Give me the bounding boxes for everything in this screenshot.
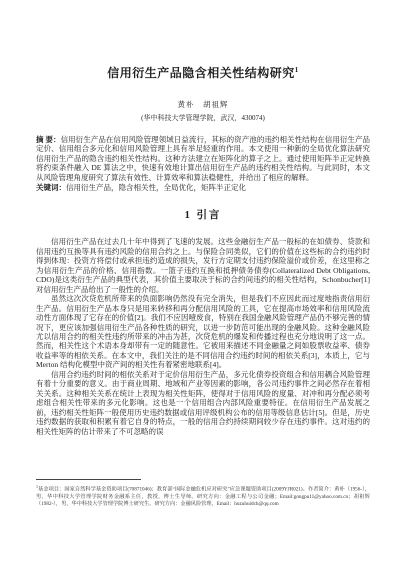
footnote-block: 1基金项目：国家自然科学基金资助项目(70871046)；教育部“国际金融危机应… [36, 479, 370, 508]
keywords-text: 信用衍生产品，隐含相关性，全局优化，矩阵半正定化 [66, 183, 246, 192]
abstract-label: 摘 要： [36, 135, 61, 144]
keywords-label: 关键词： [36, 183, 66, 192]
footnote-separator [36, 479, 141, 480]
keywords: 关键词：信用衍生产品，隐含相关性，全局优化，矩阵半正定化 [36, 183, 370, 192]
footnote-text-line: 1基金项目：国家自然科学基金资助项目(70871046)；教育部“国际金融危机应… [36, 483, 370, 508]
paper-title: 信用衍生产品隐含相关性结构研究1 [36, 64, 370, 81]
affiliation: (华中科技大学管理学院，武汉，430074) [36, 113, 370, 123]
paper-page: 信用衍生产品隐含相关性结构研究1 黄朴 胡祖辉 (华中科技大学管理学院，武汉，4… [0, 0, 400, 566]
body-paragraph-2: 虽然这次次贷危机所带来的负面影响仍然没有完全消失，但是我们不应因此而过度地指责信… [36, 294, 370, 370]
abstract-text: 信用衍生产品在信用风险管理领域日益流行，其标的资产池的违约相关性结构在信用衍生产… [36, 135, 370, 182]
footnote-text: 基金项目：国家自然科学基金资助项目(70871046)；教育部“国际金融危机应对… [36, 487, 370, 507]
body-paragraph-3: 信用合约违约时间的相依关系对于定价信用衍生产品，多元化债券投资组合和信用耦合风险… [36, 370, 370, 436]
title-footnote-marker: 1 [295, 66, 299, 74]
section-heading-introduction: 1 引言 [36, 207, 370, 222]
authors: 黄朴 胡祖辉 [36, 99, 370, 110]
paper-title-text: 信用衍生产品隐含相关性结构研究 [107, 66, 295, 80]
body-paragraph-1: 信用衍生产品在过去几十年中得到了飞速的发展。这些金融衍生产品一般标的在如债券、贷… [36, 237, 370, 294]
abstract: 摘 要：信用衍生产品在信用风险管理领域日益流行，其标的资产池的违约相关性结构在信… [36, 135, 370, 182]
